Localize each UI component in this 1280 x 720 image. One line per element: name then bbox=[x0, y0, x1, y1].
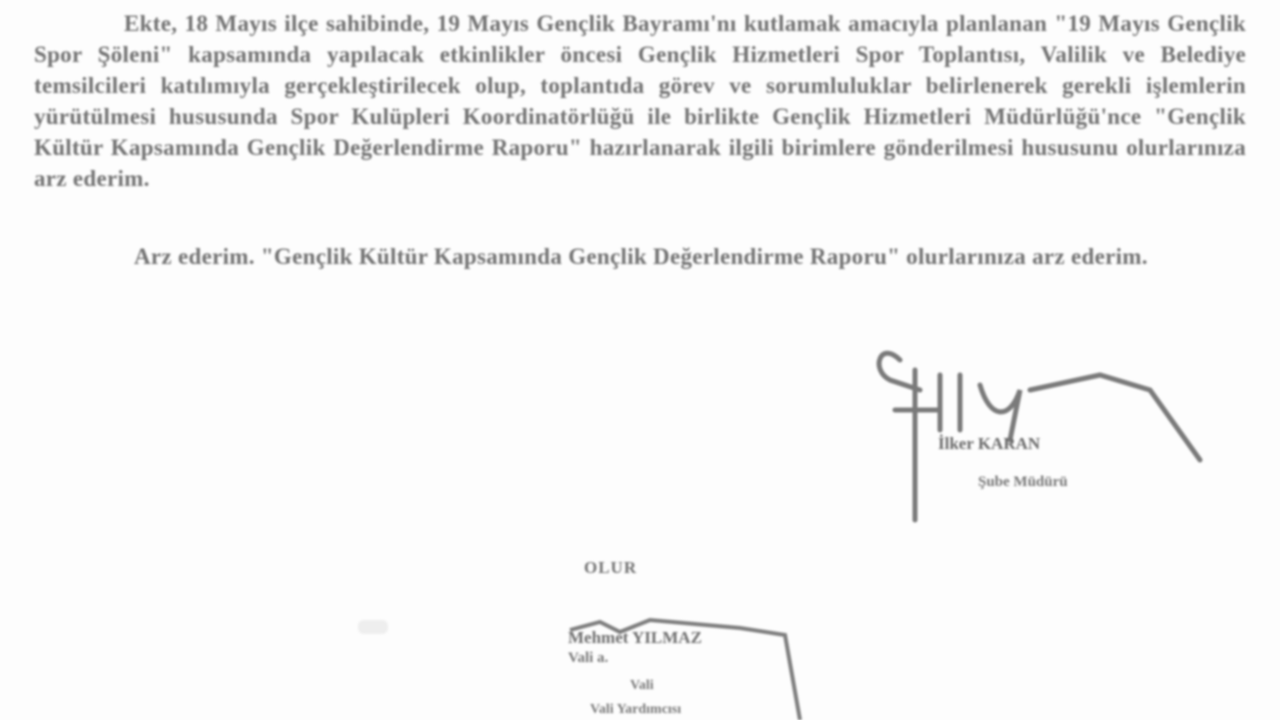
scanned-document-page: Ekte, 18 Mayıs ilçe sahibinde, 19 Mayıs … bbox=[0, 0, 1280, 720]
scan-smudge bbox=[358, 620, 388, 634]
body-paragraph-2: Arz ederim. "Gençlik Kültür Kapsamında G… bbox=[34, 241, 1246, 272]
paragraph-text: Arz ederim. "Gençlik Kültür Kapsamında G… bbox=[134, 244, 1148, 269]
approver-title: Vali Yardımcısı bbox=[590, 702, 681, 718]
approver-subtitle: Vali a. bbox=[568, 650, 608, 667]
signer-name: İlker KARAN bbox=[938, 434, 1040, 454]
signer-title: Şube Müdürü bbox=[978, 474, 1068, 491]
body-paragraph-1: Ekte, 18 Mayıs ilçe sahibinde, 19 Mayıs … bbox=[34, 8, 1246, 194]
approval-block: OLUR Mehmet YILMAZ Vali a. Vali Vali Yar… bbox=[560, 550, 840, 720]
approval-label: OLUR bbox=[584, 558, 637, 578]
approver-name: Mehmet YILMAZ bbox=[568, 628, 702, 648]
signature-block: İlker KARAN Şube Müdürü bbox=[860, 330, 1220, 530]
approver-role: Vali bbox=[630, 678, 654, 694]
handwritten-signature-icon bbox=[860, 330, 1220, 530]
paragraph-text: Ekte, 18 Mayıs ilçe sahibinde, 19 Mayıs … bbox=[34, 11, 1246, 191]
